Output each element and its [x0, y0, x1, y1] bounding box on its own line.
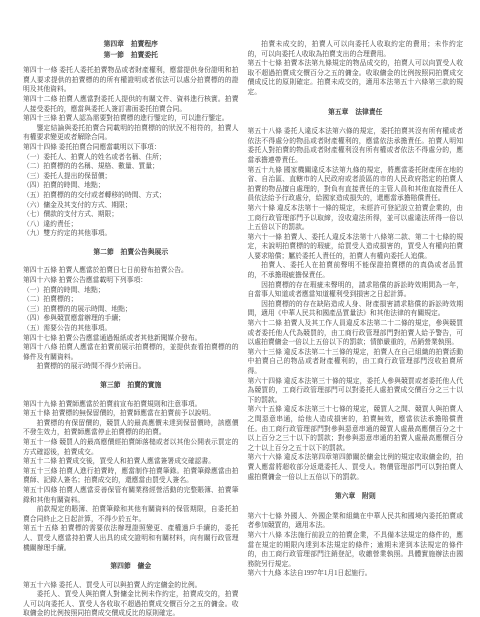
paragraph: 第五十二條 拍賣成交後，買受人和拍賣人應當簽署成交確認書。 [23, 457, 239, 467]
paragraph-indented: 拍賣標的有保留價的，競買人的最高應價未達到保留價時，該應價不發生效力，拍賣師應當… [23, 419, 239, 438]
paragraph: 第六十五條 違反本法第三十七條的規定，競買人之間、競買人與拍賣人之間惡意串通，給… [248, 405, 464, 453]
paragraph: 第四十三條 拍賣人認為需要對拍賣標的進行鑒定的，可以進行鑒定。 [23, 114, 239, 124]
paragraph: 第四十一條 委托人委托拍賣物品或者財產權利，應當提供身份證明和拍賣人要求提供的拍… [23, 66, 239, 95]
paragraph: （七）價款的支付方式、期限； [23, 210, 239, 220]
paragraph: 第六十三條 違反本法第二十三條的規定，拍賣人在自己組織的拍賣活動中拍賣自己的物品… [248, 348, 464, 377]
paragraph-indented: 因拍賣標的的存在缺陷造成人身、財產損害請求賠償的訴訟時效期間，適用《中華人民共和… [248, 300, 464, 319]
paragraph-indented: 因拍賣標的存在瑕疵未聲明的，請求賠償的訴訟時效期間為一年，自當事人知道或者應當知… [248, 281, 464, 300]
paragraph: 第五十八條 委托人違反本法第六條的規定，委托拍賣其沒有所有權或者依法不得處分的物… [248, 127, 464, 165]
chapter-heading: 第四章 拍賣程序 [23, 40, 239, 50]
section-heading: 第四節 傭金 [23, 562, 239, 572]
paragraph: 第四十八條 拍賣人應當在拍賣前展示拍賣標的，並提供查看拍賣標的的條件及有關資料。 [23, 343, 239, 362]
paragraph: 第六十七條 外國人、外國企業和組織在中華人民共和國境內委托拍賣或者參加競買的，適… [248, 512, 464, 531]
paragraph: 第五十一條 競買人的最高應價經拍賣師落槌或者以其他公開表示買定的方式確認後，拍賣… [23, 438, 239, 457]
section-heading: 第二節 拍賣公告與展示 [23, 248, 239, 258]
paragraph: 第六十九條 本法自1997年1月1日起施行。 [248, 569, 464, 579]
paragraph: 第六十四條 違反本法第三十條的規定，委托人參與競買或者委托他人代為競買的，工商行… [248, 377, 464, 406]
paragraph: 第五十五條 拍賣標的需要依法辦理證照變更、產權過戶手續的，委托人、買受人應當持拍… [23, 524, 239, 553]
paragraph-indented: 鑒定結論與委托拍賣合同載明的拍賣標的的狀況不相符的，拍賣人有權要求變更或者解除合… [23, 124, 239, 143]
paragraph-indented: 拍賣未成交的，拍賣人可以向委托人收取約定的費用；未作約定的，可以向委托人收取為拍… [248, 40, 464, 59]
paragraph: 第五十三條 拍賣人進行拍賣時，應當制作拍賣筆錄。拍賣筆錄應當由拍賣師、記錄人簽名… [23, 467, 239, 486]
paragraph: 第六十八條 本法施行前設立的拍賣企業，不具備本法規定的條件的，應當在規定的期限內… [248, 531, 464, 569]
paragraph: （九）雙方約定的其他事項。 [23, 229, 239, 239]
paragraph: （八）違約責任； [23, 220, 239, 230]
paragraph: （二）拍賣標的的名稱、規格、數量、質量； [23, 162, 239, 172]
paragraph-indented: 拍賣標的的展示時間不得少於兩日。 [23, 362, 239, 372]
paragraph: 第四十五條 拍賣人應當於拍賣日七日前發布拍賣公告。 [23, 266, 239, 276]
paragraph: 第四十六條 拍賣公告應當載明下列事項： [23, 276, 239, 286]
paragraph: （一）委托人、拍賣人的姓名或者名稱、住所； [23, 153, 239, 163]
paragraph: （六）傭金及其支付的方式、期限； [23, 201, 239, 211]
paragraph: 第五十六條 委托人、買受人可以與拍賣人約定傭金的比例。 [23, 581, 239, 591]
paragraph-indented: 拍賣人、委托人在拍賣前聲明不能保證拍賣標的的真偽或者品質的，不承擔瑕疵擔保責任。 [248, 261, 464, 280]
paragraph: 第六十二條 拍賣人及其工作人員違反本法第二十二條的規定，參與競買或者委托他人代為… [248, 319, 464, 348]
paragraph: 第六十六條 違反本法第四章第四節關於傭金比例的規定收取傭金的，拍賣人應當將超收部… [248, 453, 464, 482]
paragraph: （四）參與競買應當辦理的手續； [23, 314, 239, 324]
paragraph: （五）拍賣標的的交付或者轉移的時間、方式； [23, 191, 239, 201]
section-heading: 第一節 拍賣委托 [23, 51, 239, 61]
paragraph: （四）拍賣的時間、地點； [23, 181, 239, 191]
paragraph: 第四十七條 拍賣公告應當通過報紙或者其他新聞媒介發布。 [23, 334, 239, 344]
paragraph: （一）拍賣的時間、地點； [23, 286, 239, 296]
paragraph: 第四十二條 拍賣人應當對委托人提供的有關文件、資料進行核實。拍賣人接受委托的，應… [23, 95, 239, 114]
paragraph: 第五十條 拍賣標的無保留價的，拍賣師應當在拍賣前予以說明。 [23, 409, 239, 419]
paragraph: 第四十九條 拍賣師應當於拍賣前宣布拍賣規則和注意事項。 [23, 400, 239, 410]
paragraph: （三）拍賣標的的展示時間、地點； [23, 305, 239, 315]
paragraph: 第五十四條 拍賣人應當妥善保管有關業務經營活動的完整賬簿、拍賣筆錄和其他有關資料… [23, 486, 239, 505]
paragraph: 第四十四條 委托拍賣合同應當載明以下事項： [23, 143, 239, 153]
right-column: 拍賣未成交的，拍賣人可以向委托人收取約定的費用；未作約定的，可以向委托人收取為拍… [248, 40, 464, 617]
paragraph: 第六十一條 拍賣人、委托人違反本法第十八條第二款、第二十七條的規定，未說明拍賣標… [248, 233, 464, 262]
section-heading: 第三節 拍賣的實施 [23, 381, 239, 391]
paragraph-indented: 委托人、買受人與拍賣人對傭金比例未作約定，拍賣成交的，拍賣人可以向委托人、買受人… [23, 590, 239, 617]
chapter-heading: 第五章 法律責任 [248, 108, 464, 118]
paragraph-indented: 前款規定的賬簿、拍賣筆錄和其他有關資料的保管期限，自委托拍賣合同終止之日起計算，… [23, 505, 239, 524]
chapter-heading: 第六章 附則 [248, 492, 464, 502]
paragraph: 第五十七條 拍賣本法第九條規定的物品成交的，拍賣人可以向買受人收取不超過拍賣成交… [248, 59, 464, 97]
paragraph: （五）需要公告的其他事項。 [23, 324, 239, 334]
document-page: 第四章 拍賣程序第一節 拍賣委托第四十一條 委托人委托拍賣物品或者財產權利，應當… [0, 0, 480, 617]
left-column: 第四章 拍賣程序第一節 拍賣委托第四十一條 委托人委托拍賣物品或者財產權利，應當… [23, 40, 239, 617]
paragraph: 第五十九條 國家機關違反本法第九條的規定，將應當委托財產所在地的省、自治區、直轄… [248, 166, 464, 204]
paragraph: 第六十條 違反本法第十一條的規定，未經許可登記設立拍賣企業的，由工商行政管理部門… [248, 204, 464, 233]
paragraph: （二）拍賣標的； [23, 295, 239, 305]
paragraph: （三）委托人提出的保留價； [23, 172, 239, 182]
